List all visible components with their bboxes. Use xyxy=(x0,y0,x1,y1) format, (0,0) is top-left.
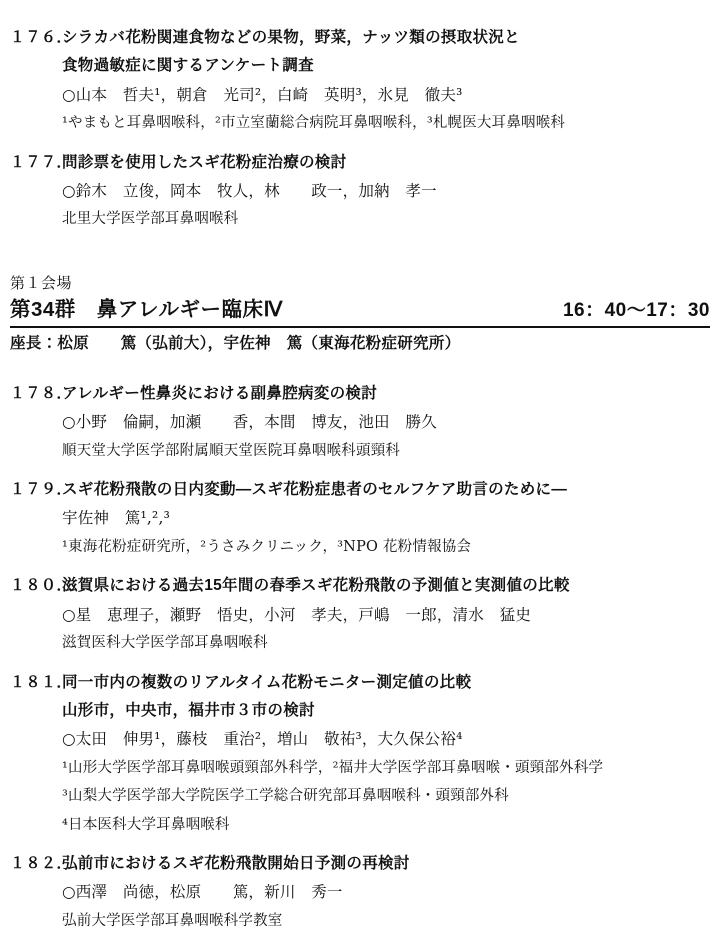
item-number: １８１． xyxy=(10,669,62,697)
item-affiliation: 北里大学医学部耳鼻咽喉科 xyxy=(10,205,710,233)
item-authors: ○小野 倫嗣，加瀬 香，本間 博友，池田 勝久 xyxy=(10,408,710,436)
item-affiliation: 弘前大学医学部耳鼻咽喉科学教室 xyxy=(10,907,710,935)
session-venue: 第１会場 xyxy=(10,270,710,298)
session-chairs: 座長：松原 篤（弘前大），宇佐神 篤（東海花粉症研究所） xyxy=(10,330,710,358)
session-group-title: 第34群 鼻アレルギー臨床Ⅳ xyxy=(10,298,283,322)
item-title-line: 弘前市におけるスギ花粉飛散開始日予測の再検討 xyxy=(62,850,410,878)
program-item-180: １８０． 滋賀県における過去15年間の春季スギ花粉飛散の予測値と実測値の比較 ○… xyxy=(10,572,710,657)
item-authors: ○鈴木 立俊，岡本 牧人，林 政一，加納 孝一 xyxy=(10,177,710,205)
item-number: １７８． xyxy=(10,380,62,408)
item-title-line: 食物過敏症に関するアンケート調査 xyxy=(62,57,314,74)
item-title-line: 問診票を使用したスギ花粉症治療の検討 xyxy=(62,149,346,177)
item-title-line: シラカバ花粉関連食物などの果物，野菜，ナッツ類の摂取状況と xyxy=(62,24,520,52)
item-number: １７９． xyxy=(10,476,62,504)
program-item-176: １７６． シラカバ花粉関連食物などの果物，野菜，ナッツ類の摂取状況と 食物過敏症… xyxy=(10,24,710,138)
item-affiliation: ¹東海花粉症研究所，²うさみクリニック，³NPO 花粉情報協会 xyxy=(10,533,710,561)
program-item-177: １７７． 問診票を使用したスギ花粉症治療の検討 ○鈴木 立俊，岡本 牧人，林 政… xyxy=(10,149,710,234)
item-affiliation: 滋賀医科大学医学部耳鼻咽喉科 xyxy=(10,629,710,657)
item-authors: ○星 恵理子，瀬野 悟史，小河 孝夫，戸嶋 一郎，清水 猛史 xyxy=(10,601,710,629)
item-title-line: スギ花粉飛散の日内変動―スギ花粉症患者のセルフケア助言のために― xyxy=(62,476,567,504)
session-group-row: 第34群 鼻アレルギー臨床Ⅳ 16：40～17：30 xyxy=(10,298,710,328)
item-affiliation: ¹やまもと耳鼻咽喉科，²市立室蘭総合病院耳鼻咽喉科，³札幌医大耳鼻咽喉科 xyxy=(10,109,710,137)
item-affiliation: ⁴日本医科大学耳鼻咽喉科 xyxy=(10,811,710,839)
program-item-178: １７８． アレルギー性鼻炎における副鼻腔病変の検討 ○小野 倫嗣，加瀬 香，本間… xyxy=(10,380,710,465)
item-affiliation: 順天堂大学医学部附属順天堂医院耳鼻咽喉科頭頸科 xyxy=(10,437,710,465)
item-number: １７７． xyxy=(10,149,62,177)
item-authors: ○西澤 尚徳，松原 篤，新川 秀一 xyxy=(10,878,710,906)
item-title-line: 滋賀県における過去15年間の春季スギ花粉飛散の予測値と実測値の比較 xyxy=(62,572,570,600)
item-affiliation: ¹山形大学医学部耳鼻咽喉頭頸部外科学，²福井大学医学部耳鼻咽喉・頭頸部外科学 xyxy=(10,754,710,782)
program-item-182: １８２． 弘前市におけるスギ花粉飛散開始日予測の再検討 ○西澤 尚徳，松原 篤，… xyxy=(10,850,710,935)
session-header: 第１会場 第34群 鼻アレルギー臨床Ⅳ 16：40～17：30 座長：松原 篤（… xyxy=(10,270,710,358)
item-title-line: 同一市内の複数のリアルタイム花粉モニター測定値の比較 xyxy=(62,669,471,697)
session-time: 16：40～17：30 xyxy=(563,299,710,323)
item-title-line: アレルギー性鼻炎における副鼻腔病変の検討 xyxy=(62,380,377,408)
program-item-181: １８１． 同一市内の複数のリアルタイム花粉モニター測定値の比較 山形市，中央市，… xyxy=(10,669,710,839)
item-number: １８０． xyxy=(10,572,62,600)
item-authors: ○山本 哲夫¹，朝倉 光司²，白崎 英明³，氷見 徹夫³ xyxy=(10,81,710,109)
item-authors: ○太田 伸男¹，藤枝 重治²，増山 敬祐³，大久保公裕⁴ xyxy=(10,725,710,753)
program-page: １７６． シラカバ花粉関連食物などの果物，野菜，ナッツ類の摂取状況と 食物過敏症… xyxy=(0,0,718,942)
item-affiliation: ³山梨大学医学部大学院医学工学総合研究部耳鼻咽喉科・頭頸部外科 xyxy=(10,782,710,810)
item-number: １８２． xyxy=(10,850,62,878)
item-authors: 宇佐神 篤¹,²,³ xyxy=(10,504,710,532)
item-title-line: 山形市，中央市，福井市３市の検討 xyxy=(62,702,315,719)
item-number: １７６． xyxy=(10,24,62,52)
session-items: １７８． アレルギー性鼻炎における副鼻腔病変の検討 ○小野 倫嗣，加瀬 香，本間… xyxy=(10,380,710,935)
program-item-179: １７９． スギ花粉飛散の日内変動―スギ花粉症患者のセルフケア助言のために― 宇佐… xyxy=(10,476,710,561)
